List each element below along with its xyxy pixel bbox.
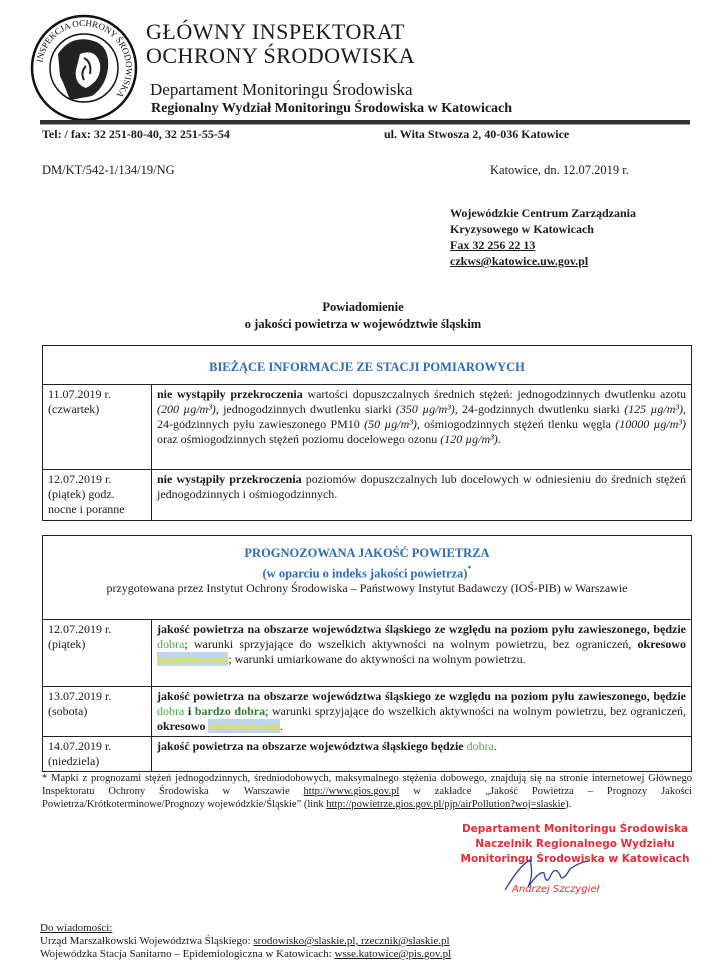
title-line2: o jakości powietrza w województwie śląsk… — [0, 316, 726, 333]
current-info-heading: BIEŻĄCE INFORMACJE ZE STACJI POMIAROWYCH — [209, 360, 525, 374]
day-text: (piątek) — [48, 637, 146, 652]
lead-text: jakość powietrza na obszarze województwa… — [157, 622, 686, 636]
gios-logo-icon: INSPEKCJA OCHRONY ŚRODOWISKA — [30, 14, 138, 122]
value: (10000 µg/m³) — [615, 417, 686, 431]
current-info-table: BIEŻĄCE INFORMACJE ZE STACJI POMIAROWYCH… — [42, 345, 692, 521]
and-text: i — [188, 704, 191, 718]
forecast-table: PROGNOZOWANA JAKOŚĆ POWIETRZA (w oparciu… — [42, 535, 692, 772]
recipient-email-link[interactable]: czkws@katowice.uw.gov.pl — [450, 253, 636, 269]
footnote-text: ). — [565, 799, 571, 810]
value: (350 µg/m³) — [396, 402, 455, 416]
text: . — [280, 719, 283, 733]
value: (120 µg/m³) — [440, 432, 498, 446]
cc-block: Do wiadomości: Urząd Marszałkowski Wojew… — [40, 922, 451, 961]
gios-link[interactable]: http://www.gios.gov.pl — [304, 786, 400, 797]
table-row: 14.07.2019 r. (niedziela) jakość powietr… — [43, 737, 691, 772]
value: (125 µg/m³) — [624, 402, 683, 416]
row-text: jakość powietrza na obszarze województwa… — [152, 687, 692, 737]
quality-good: dobra — [157, 637, 184, 651]
value: (200 µg/m³) — [157, 402, 216, 416]
lead-text: jakość powietrza na obszarze województwa… — [157, 739, 464, 753]
cc-heading: Do wiadomości: — [40, 922, 451, 935]
cc-recipient-name: Urząd Marszałkowski Województwa Śląskieg… — [40, 935, 253, 947]
title-line1: Powiadomienie — [0, 299, 726, 316]
text: , ośmiogodzinnych stężeń tlenku węgla — [417, 417, 615, 431]
forecast-subheading: (w oparciu o indeks jakości powietrza) — [263, 566, 468, 580]
date-text: 13.07.2019 r. — [48, 689, 146, 704]
day-text: (niedziela) — [48, 754, 146, 769]
lead-text: nie wystąpiły przekroczenia — [157, 472, 302, 486]
table-row: 11.07.2019 r. (czwartek) nie wystąpiły p… — [43, 385, 691, 470]
recipient-line2: Kryzysowego w Katowicach — [450, 221, 636, 237]
date-text: 12.07.2019 r. — [48, 622, 146, 637]
quality-good: dobra — [467, 739, 494, 753]
text: ; warunki sprzyjające do wszelkich aktyw… — [184, 637, 637, 651]
document-date: Katowice, dn. 12.07.2019 r. — [490, 163, 629, 178]
text: , 24-godzinnych dwutlenku siarki — [455, 402, 624, 416]
row-text: jakość powietrza na obszarze województwa… — [152, 620, 692, 687]
row-date: 13.07.2019 r. (sobota) — [43, 687, 152, 737]
day-text: (sobota) — [48, 704, 146, 719]
cc-recipient-2: Wojewódzka Stacja Sanitarno – Epidemiolo… — [40, 948, 451, 961]
periodically-text: okresowo — [157, 719, 205, 733]
row-date: 12.07.2019 r. (piątek) — [43, 620, 152, 687]
table-row: 13.07.2019 r. (sobota) jakość powietrza … — [43, 687, 691, 737]
date-text: 12.07.2019 r. — [48, 472, 146, 487]
row-text: nie wystąpiły przekroczenia poziomów dop… — [152, 470, 692, 521]
quality-very-good: bardzo dobra — [195, 704, 265, 718]
quality-good: dobra — [157, 704, 184, 718]
phone-fax: Tel: / fax: 32 251-80-40, 32 251-55-54 — [42, 127, 230, 142]
forecast-heading: PROGNOZOWANA JAKOŚĆ POWIETRZA — [43, 546, 691, 561]
text: wartości dopuszczalnych średnich stężeń:… — [303, 387, 686, 401]
cc-email-link[interactable]: srodowisko@slaskie.pl, rzecznik@slaskie.… — [253, 935, 449, 947]
cc-recipient-1: Urząd Marszałkowski Województwa Śląskieg… — [40, 935, 451, 948]
value: (50 µg/m³) — [364, 417, 417, 431]
text: . — [494, 739, 497, 753]
recipient-block: Wojewódzkie Centrum Zarządzania Kryzysow… — [450, 205, 636, 269]
row-date: 11.07.2019 r. (czwartek) — [43, 385, 152, 470]
document-title: Powiadomienie o jakości powietrza w woje… — [0, 299, 726, 333]
air-pollution-link[interactable]: http://powietrze.gios.gov.pl/pjp/airPoll… — [326, 799, 565, 810]
day-text: (piątek) godz. nocne i poranne — [48, 487, 146, 517]
header-divider — [40, 120, 690, 125]
text: ; warunki umiarkowane do aktywności na w… — [228, 652, 525, 666]
org-name-line2: OCHRONY ŚRODOWISKA — [146, 44, 415, 68]
lead-text: nie wystąpiły przekroczenia — [157, 387, 303, 401]
row-text: nie wystąpiły przekroczenia wartości dop… — [152, 385, 692, 470]
recipient-fax: Fax 32 256 22 13 — [450, 237, 636, 253]
periodically-text: okresowo — [638, 637, 686, 651]
cc-recipient-name: Wojewódzka Stacja Sanitarno – Epidemiolo… — [40, 948, 335, 960]
reference-number: DM/KT/542-1/134/19/NG — [42, 163, 175, 178]
text: . — [498, 432, 501, 446]
stamp-line2: Naczelnik Regionalnego Wydziału — [440, 837, 710, 852]
forecast-prepared-by: przygotowana przez Instytut Ochrony Środ… — [43, 581, 691, 596]
recipient-line1: Wojewódzkie Centrum Zarządzania — [450, 205, 636, 221]
date-text: 14.07.2019 r. — [48, 739, 146, 754]
text: , jednogodzinnych dwutlenku siarki — [216, 402, 396, 416]
org-name-line1: GŁÓWNY INSPEKTORAT — [146, 20, 405, 44]
signatory-name: Andrzej Szczygieł — [512, 884, 599, 895]
table-row: 12.07.2019 r. (piątek) godz. nocne i por… — [43, 470, 691, 521]
quality-moderate: umiarkowana — [208, 719, 279, 733]
text: ; warunki sprzyjające do wszelkich aktyw… — [265, 704, 686, 718]
quality-moderate: umiarkowana — [157, 652, 228, 666]
row-date: 12.07.2019 r. (piątek) godz. nocne i por… — [43, 470, 152, 521]
cc-email-link[interactable]: wsse.katowice@pis.gov.pl — [335, 948, 452, 960]
lead-text: jakość powietrza na obszarze województwa… — [157, 689, 686, 703]
footnote: * Mapki z prognozami stężeń jednogodzinn… — [42, 772, 692, 811]
day-text: (czwartek) — [48, 402, 146, 417]
row-date: 14.07.2019 r. (niedziela) — [43, 737, 152, 772]
row-text: jakość powietrza na obszarze województwa… — [152, 737, 692, 772]
date-text: 11.07.2019 r. — [48, 387, 146, 402]
table-row: 12.07.2019 r. (piątek) jakość powietrza … — [43, 620, 691, 687]
address: ul. Wita Stwosza 2, 40-036 Katowice — [384, 127, 569, 142]
regional-department-name: Regionalny Wydział Monitoringu Środowisk… — [151, 100, 512, 118]
stamp-line1: Departament Monitoringu Środowiska — [440, 822, 710, 837]
text: oraz ośmiogodzinnych stężeń poziomu doce… — [157, 432, 440, 446]
department-name: Departament Monitoringu Środowiska — [150, 80, 413, 100]
footnote-mark: * — [467, 564, 471, 573]
